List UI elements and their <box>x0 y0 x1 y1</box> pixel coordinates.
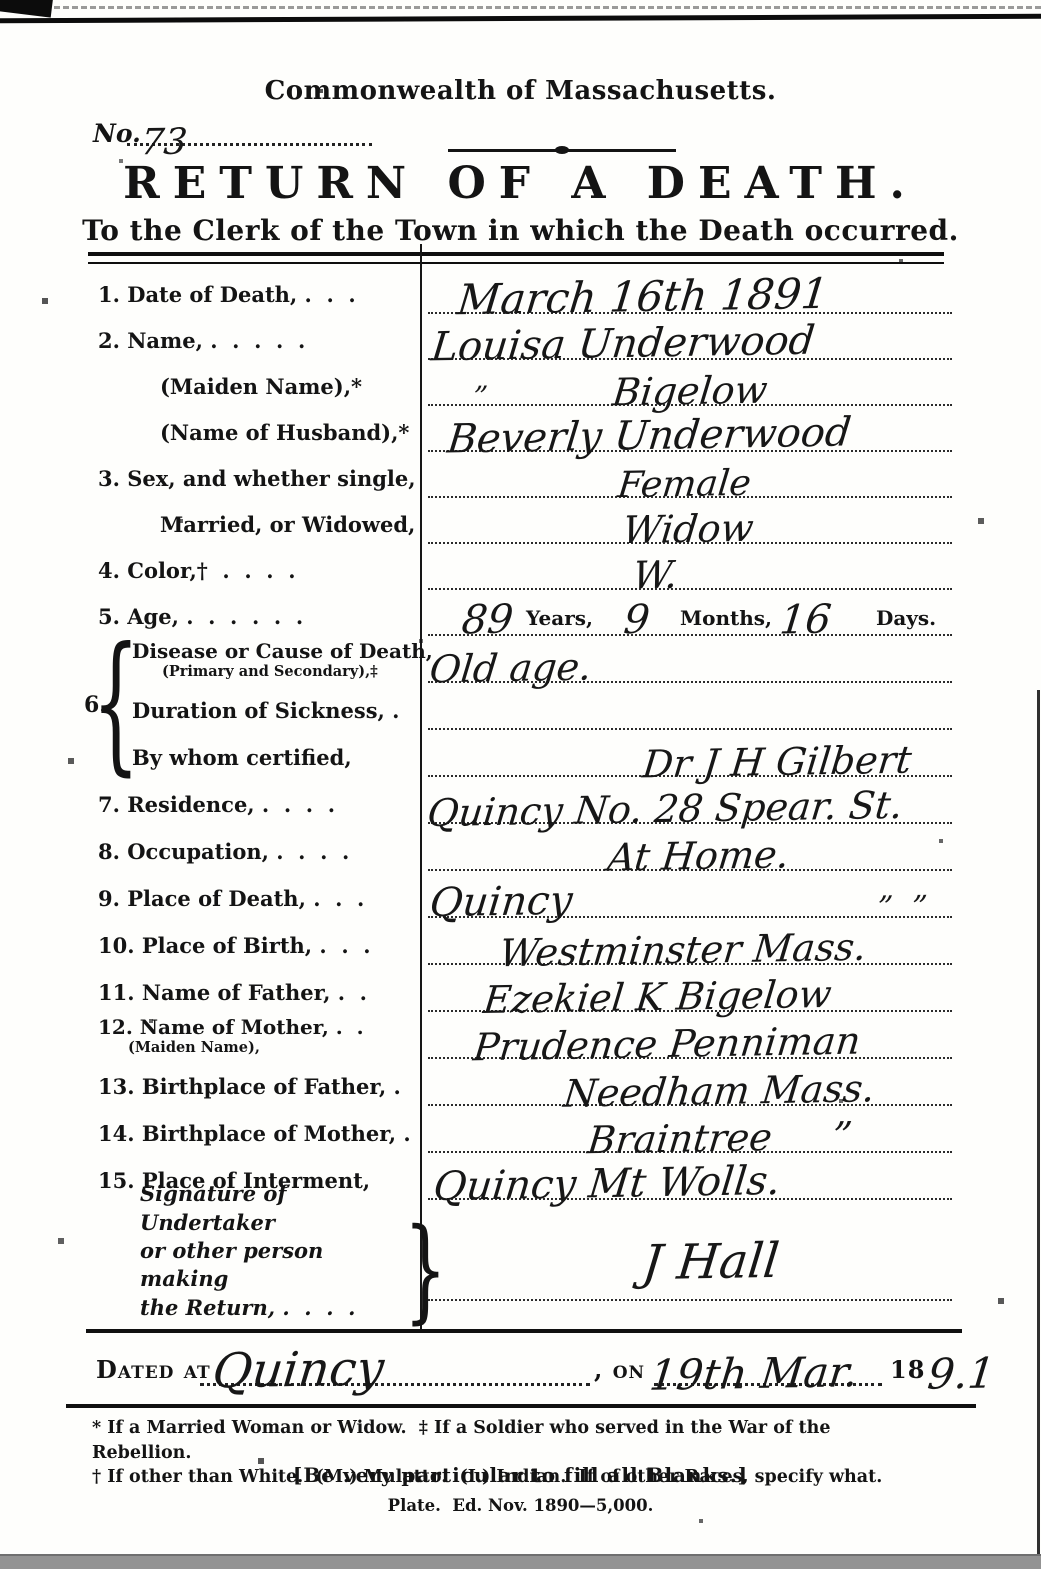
field-label: 9. Place of Death, . . . <box>88 871 420 918</box>
answer-line-place-of-death: Quincy ” ” <box>428 871 952 918</box>
signature-label: Signature of Undertaker or other person … <box>88 1200 420 1336</box>
answer-line-name: Louisa Underwood <box>428 314 952 360</box>
handwritten-year: 9.1 <box>925 1348 997 1398</box>
answer-line-sex: Female <box>428 452 952 498</box>
answer-line-married-or-widowed: Widow <box>428 498 952 544</box>
field-row-color: 4. Color,† . . . . W. <box>88 544 960 590</box>
field-label: 12. Name of Mother, . . (Maiden Name), <box>88 1012 420 1059</box>
answer-line-place-of-interment: Quincy Mt Wolls. <box>428 1153 952 1200</box>
answer-line-father-birthplace: Needham Mass. <box>428 1059 952 1106</box>
cause-label-main: Disease or Cause of Death, <box>132 639 420 663</box>
field-row-sex: 3. Sex, and whether single, Female <box>88 452 960 498</box>
mother-label-main: 12. Name of Mother, . . <box>98 1015 420 1039</box>
field-label: (Name of Husband),* <box>88 406 420 452</box>
field-row-maiden-name: (Maiden Name),* ” Bigelow <box>88 360 960 406</box>
dated-at-label: Dated at <box>96 1355 211 1384</box>
footer-rule <box>66 1404 976 1408</box>
field-label: 13. Birthplace of Father, . <box>88 1059 420 1106</box>
answer-line-mother-name: Prudence Penniman <box>428 1012 952 1059</box>
answer-line-husband-name: Beverly Underwood <box>428 406 952 452</box>
field-label: Married, or Widowed, <box>88 498 420 544</box>
months-label: Months, <box>680 606 772 630</box>
death-return-form-page: Commonwealth of Massachusetts. No. 73 RE… <box>0 0 1041 1569</box>
cause-label-sub: (Primary and Secondary),‡ <box>132 663 420 680</box>
field-label: 11. Name of Father, . . <box>88 965 420 1012</box>
field-label: (Maiden Name),* <box>88 360 420 406</box>
signature-label-line3: the Return, . . . . <box>140 1294 402 1322</box>
dated-row: Dated at Quincy , on 19th Mar. 18 9.1 <box>88 1336 993 1400</box>
signature-block: Signature of Undertaker or other person … <box>88 1200 960 1336</box>
field-row-married-or-widowed: Married, or Widowed, Widow <box>88 498 960 544</box>
field-row-husband-name: (Name of Husband),* Beverly Underwood <box>88 406 960 452</box>
field-row-cause-of-death: Disease or Cause of Death, (Primary and … <box>88 636 960 683</box>
years-label: Years, <box>526 606 593 630</box>
field-row-name: 2. Name, . . . . . Louisa Underwood <box>88 314 960 360</box>
field-row-age: 5. Age, . . . . . . 89 Years, 9 Months, … <box>88 590 960 636</box>
handwritten-signature: J Hall <box>640 1233 782 1291</box>
answer-line-father-name: Ezekiel K Bigelow <box>428 965 952 1012</box>
answer-line-certified-by: Dr J H Gilbert <box>428 730 952 777</box>
answer-line-date-of-death: March 16th 1891 <box>428 268 952 314</box>
answer-line-signature: J Hall <box>428 1200 952 1336</box>
form-bottom-rule <box>86 1329 962 1333</box>
field-label: 1. Date of Death, . . . <box>88 268 420 314</box>
field-row-occupation: 8. Occupation, . . . . At Home. <box>88 824 960 871</box>
signature-label-line2: or other person making <box>140 1237 402 1294</box>
plate-edition-note: Plate. Ed. Nov. 1890—5,000. <box>0 1496 1041 1515</box>
fill-blanks-notice: [Be very particular to fill all Blanks.] <box>0 1463 1041 1487</box>
answer-line-mother-birthplace: Braintree ” <box>428 1106 952 1153</box>
answer-line-place-of-birth: Westminster Mass. <box>428 918 952 965</box>
scan-edge-artifact <box>0 6 1041 9</box>
signature-label-line1: Signature of Undertaker <box>140 1180 402 1237</box>
handwritten-dated-place: Quincy <box>210 1341 387 1400</box>
days-label: Days. <box>876 606 936 630</box>
scan-edge-line <box>0 14 1041 24</box>
answer-line-cause-of-death: Old age. <box>428 636 952 683</box>
field-row-place-of-birth: 10. Place of Birth, . . . Westminster Ma… <box>88 918 960 965</box>
form-number-row: No. 73 <box>93 102 393 154</box>
field-row-father-birthplace: 13. Birthplace of Father, . Needham Mass… <box>88 1059 960 1106</box>
ornament-dot <box>555 146 569 154</box>
scan-corner-blob <box>0 0 53 18</box>
mother-label-sub: (Maiden Name), <box>98 1039 420 1056</box>
answer-line-color: W. <box>428 544 952 590</box>
field-label: 10. Place of Birth, . . . <box>88 918 420 965</box>
page-subtitle: To the Clerk of the Town in which the De… <box>0 214 1041 247</box>
handwritten-dated-date: 19th Mar. <box>647 1347 860 1400</box>
answer-line-maiden-name: ” Bigelow <box>428 360 952 406</box>
scan-right-edge <box>1037 690 1040 1556</box>
field-label: 2. Name, . . . . . <box>88 314 420 360</box>
field-row-certified-by: By whom certified, Dr J H Gilbert <box>88 730 960 777</box>
scan-bottom-strip <box>0 1554 1041 1569</box>
field-row-place-of-death: 9. Place of Death, . . . Quincy ” ” <box>88 871 960 918</box>
answer-line-occupation: At Home. <box>428 824 952 871</box>
field-label: 4. Color,† . . . . <box>88 544 420 590</box>
on-label: , on <box>594 1355 645 1384</box>
answer-line-residence: Quincy No. 28 Spear. St. <box>428 777 952 824</box>
answer-line-duration-of-sickness <box>428 683 952 730</box>
field-row-residence: 7. Residence, . . . . Quincy No. 28 Spea… <box>88 777 960 824</box>
answer-line-age: 89 Years, 9 Months, 16 Days. <box>428 590 952 636</box>
divider-ornament <box>448 146 676 154</box>
field-row-date-of-death: 1. Date of Death, . . . March 16th 1891 <box>88 268 960 314</box>
item6-group: 6. { Disease or Cause of Death, (Primary… <box>88 636 960 777</box>
footnote-line1: * If a Married Woman or Widow. ‡ If a So… <box>92 1416 932 1465</box>
field-label: 14. Birthplace of Mother, . <box>88 1106 420 1153</box>
field-row-mother-name: 12. Name of Mother, . . (Maiden Name), P… <box>88 1012 960 1059</box>
field-label: 3. Sex, and whether single, <box>88 452 420 498</box>
scan-speckles <box>0 0 2 2</box>
item6-brace: { <box>92 628 140 778</box>
form-body: 1. Date of Death, . . . March 16th 1891 … <box>88 268 960 1332</box>
field-label: 8. Occupation, . . . . <box>88 824 420 871</box>
signature-dotted-line <box>428 1299 952 1301</box>
header-double-rule <box>88 252 944 264</box>
field-row-father-name: 11. Name of Father, . . Ezekiel K Bigelo… <box>88 965 960 1012</box>
page-title: RETURN OF A DEATH. <box>0 158 1041 209</box>
field-row-mother-birthplace: 14. Birthplace of Mother, . Braintree ” <box>88 1106 960 1153</box>
printed-century: 18 <box>890 1355 925 1384</box>
column-divider-line <box>420 244 422 1332</box>
field-row-duration-of-sickness: Duration of Sickness, . <box>88 683 960 730</box>
